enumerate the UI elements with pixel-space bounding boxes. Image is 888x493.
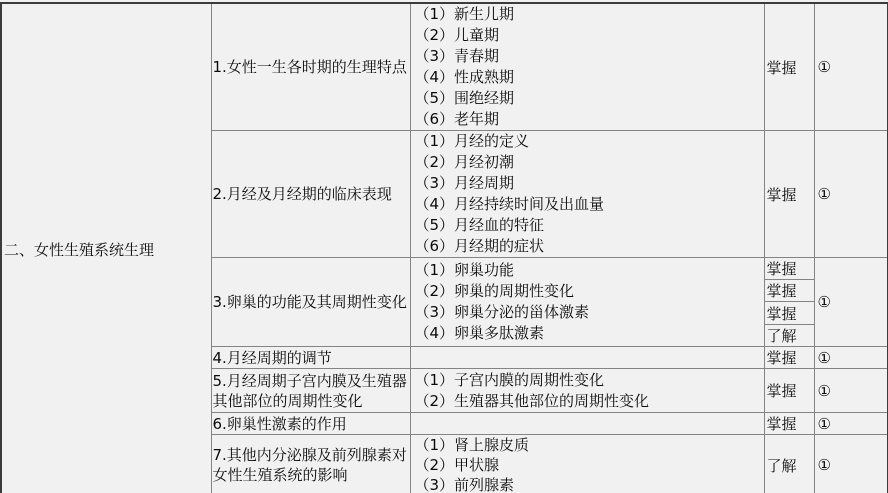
level-label: 掌握 — [767, 186, 797, 204]
level-subcell-3-2: 掌握 — [764, 280, 814, 302]
table-row: 二、女性生殖系统生理 1.女性一生各时期的生理特点 （1）新生儿期 （2）儿童期… — [1, 3, 888, 131]
detail-line: （4）卵巢多肽激素 — [415, 323, 764, 344]
topic-cell-5: 5.月经周期子宫内膜及生殖器其他部位的周期性变化 — [211, 369, 410, 413]
level-cell-5: 掌握 — [764, 369, 814, 413]
detail-line: （3）青春期 — [415, 46, 764, 67]
detail-line: （4）性成熟期 — [415, 67, 764, 88]
level-label: 掌握 — [767, 282, 797, 300]
details-cell-6 — [410, 413, 764, 435]
detail-line: （5）月经血的特征 — [415, 215, 764, 236]
topic-cell-3: 3.卵巢的功能及其周期性变化 — [211, 258, 410, 347]
detail-line: （2）月经初潮 — [415, 152, 764, 173]
circled-one-mark: ① — [818, 58, 831, 76]
details-cell-4 — [410, 347, 764, 369]
detail-line: （1）新生儿期 — [415, 4, 764, 25]
mark-cell-3: ① — [814, 258, 888, 347]
level-cell-2: 掌握 — [764, 131, 814, 258]
level-label: 掌握 — [767, 305, 797, 323]
level-label: 掌握 — [767, 260, 797, 278]
circled-one-mark: ① — [818, 349, 831, 367]
level-label: 了解 — [767, 327, 797, 345]
details-cell-7: （1）肾上腺皮质 （2）甲状腺 （3）前列腺素 — [410, 435, 764, 493]
level-label: 掌握 — [767, 415, 797, 433]
topic-label: 2.月经及月经期的临床表现 — [213, 185, 392, 203]
detail-line: （1）月经的定义 — [415, 131, 764, 152]
level-cell-6: 掌握 — [764, 413, 814, 435]
detail-line: （3）卵巢分泌的甾体激素 — [415, 302, 764, 323]
circled-one-mark: ① — [818, 415, 831, 433]
detail-line: （6）月经期的症状 — [415, 236, 764, 257]
level-cell-7: 了解 — [764, 435, 814, 493]
level-cell-1: 掌握 — [764, 3, 814, 131]
topic-label: 4.月经周期的调节 — [213, 349, 332, 367]
detail-line: （6）老年期 — [415, 109, 764, 130]
section-title: 二、女性生殖系统生理 — [4, 241, 154, 259]
level-subcell-3-4: 了解 — [764, 325, 814, 347]
detail-line: （1）卵巢功能 — [415, 260, 764, 281]
detail-line: （2）儿童期 — [415, 25, 764, 46]
details-cell-3: （1）卵巢功能 （2）卵巢的周期性变化 （3）卵巢分泌的甾体激素 （4）卵巢多肽… — [410, 258, 764, 347]
details-cell-2: （1）月经的定义 （2）月经初潮 （3）月经周期 （4）月经持续时间及出血量 （… — [410, 131, 764, 258]
topic-cell-4: 4.月经周期的调节 — [211, 347, 410, 369]
level-subcell-3-1: 掌握 — [764, 258, 814, 280]
circled-one-mark: ① — [818, 293, 831, 311]
level-label: 掌握 — [767, 382, 797, 400]
syllabus-table-screen: 二、女性生殖系统生理 1.女性一生各时期的生理特点 （1）新生儿期 （2）儿童期… — [0, 0, 888, 493]
detail-line: （2）生殖器其他部位的周期性变化 — [415, 391, 764, 412]
detail-line: （2）卵巢的周期性变化 — [415, 281, 764, 302]
topic-label: 6.卵巢性激素的作用 — [213, 415, 347, 433]
topic-cell-7: 7.其他内分泌腺及前列腺素对女性生殖系统的影响 — [211, 435, 410, 493]
mark-cell-4: ① — [814, 347, 888, 369]
mark-cell-7: ① — [814, 435, 888, 493]
mark-cell-6: ① — [814, 413, 888, 435]
section-title-cell: 二、女性生殖系统生理 — [1, 3, 211, 493]
syllabus-table: 二、女性生殖系统生理 1.女性一生各时期的生理特点 （1）新生儿期 （2）儿童期… — [0, 2, 888, 493]
circled-one-mark: ① — [818, 382, 831, 400]
detail-line: （4）月经持续时间及出血量 — [415, 194, 764, 215]
level-cell-4: 掌握 — [764, 347, 814, 369]
topic-label: 3.卵巢的功能及其周期性变化 — [213, 293, 407, 311]
topic-label: 5.月经周期子宫内膜及生殖器其他部位的周期性变化 — [213, 372, 407, 410]
details-cell-5: （1）子宫内膜的周期性变化 （2）生殖器其他部位的周期性变化 — [410, 369, 764, 413]
topic-label: 1.女性一生各时期的生理特点 — [213, 58, 407, 76]
detail-line: （2）甲状腺 — [415, 455, 764, 475]
level-label: 掌握 — [767, 349, 797, 367]
circled-one-mark: ① — [818, 185, 831, 203]
detail-line: （3）前列腺素 — [415, 475, 764, 493]
level-label: 了解 — [767, 457, 797, 475]
detail-line: （1）子宫内膜的周期性变化 — [415, 370, 764, 391]
detail-line: （1）肾上腺皮质 — [415, 435, 764, 455]
mark-cell-5: ① — [814, 369, 888, 413]
details-cell-1: （1）新生儿期 （2）儿童期 （3）青春期 （4）性成熟期 （5）围绝经期 （6… — [410, 3, 764, 131]
level-label: 掌握 — [767, 59, 797, 77]
detail-line: （3）月经周期 — [415, 173, 764, 194]
mark-cell-2: ① — [814, 131, 888, 258]
mark-cell-1: ① — [814, 3, 888, 131]
circled-one-mark: ① — [818, 456, 831, 474]
topic-label: 7.其他内分泌腺及前列腺素对女性生殖系统的影响 — [213, 446, 407, 484]
topic-cell-2: 2.月经及月经期的临床表现 — [211, 131, 410, 258]
topic-cell-1: 1.女性一生各时期的生理特点 — [211, 3, 410, 131]
detail-line: （5）围绝经期 — [415, 88, 764, 109]
level-subcell-3-3: 掌握 — [764, 302, 814, 325]
topic-cell-6: 6.卵巢性激素的作用 — [211, 413, 410, 435]
